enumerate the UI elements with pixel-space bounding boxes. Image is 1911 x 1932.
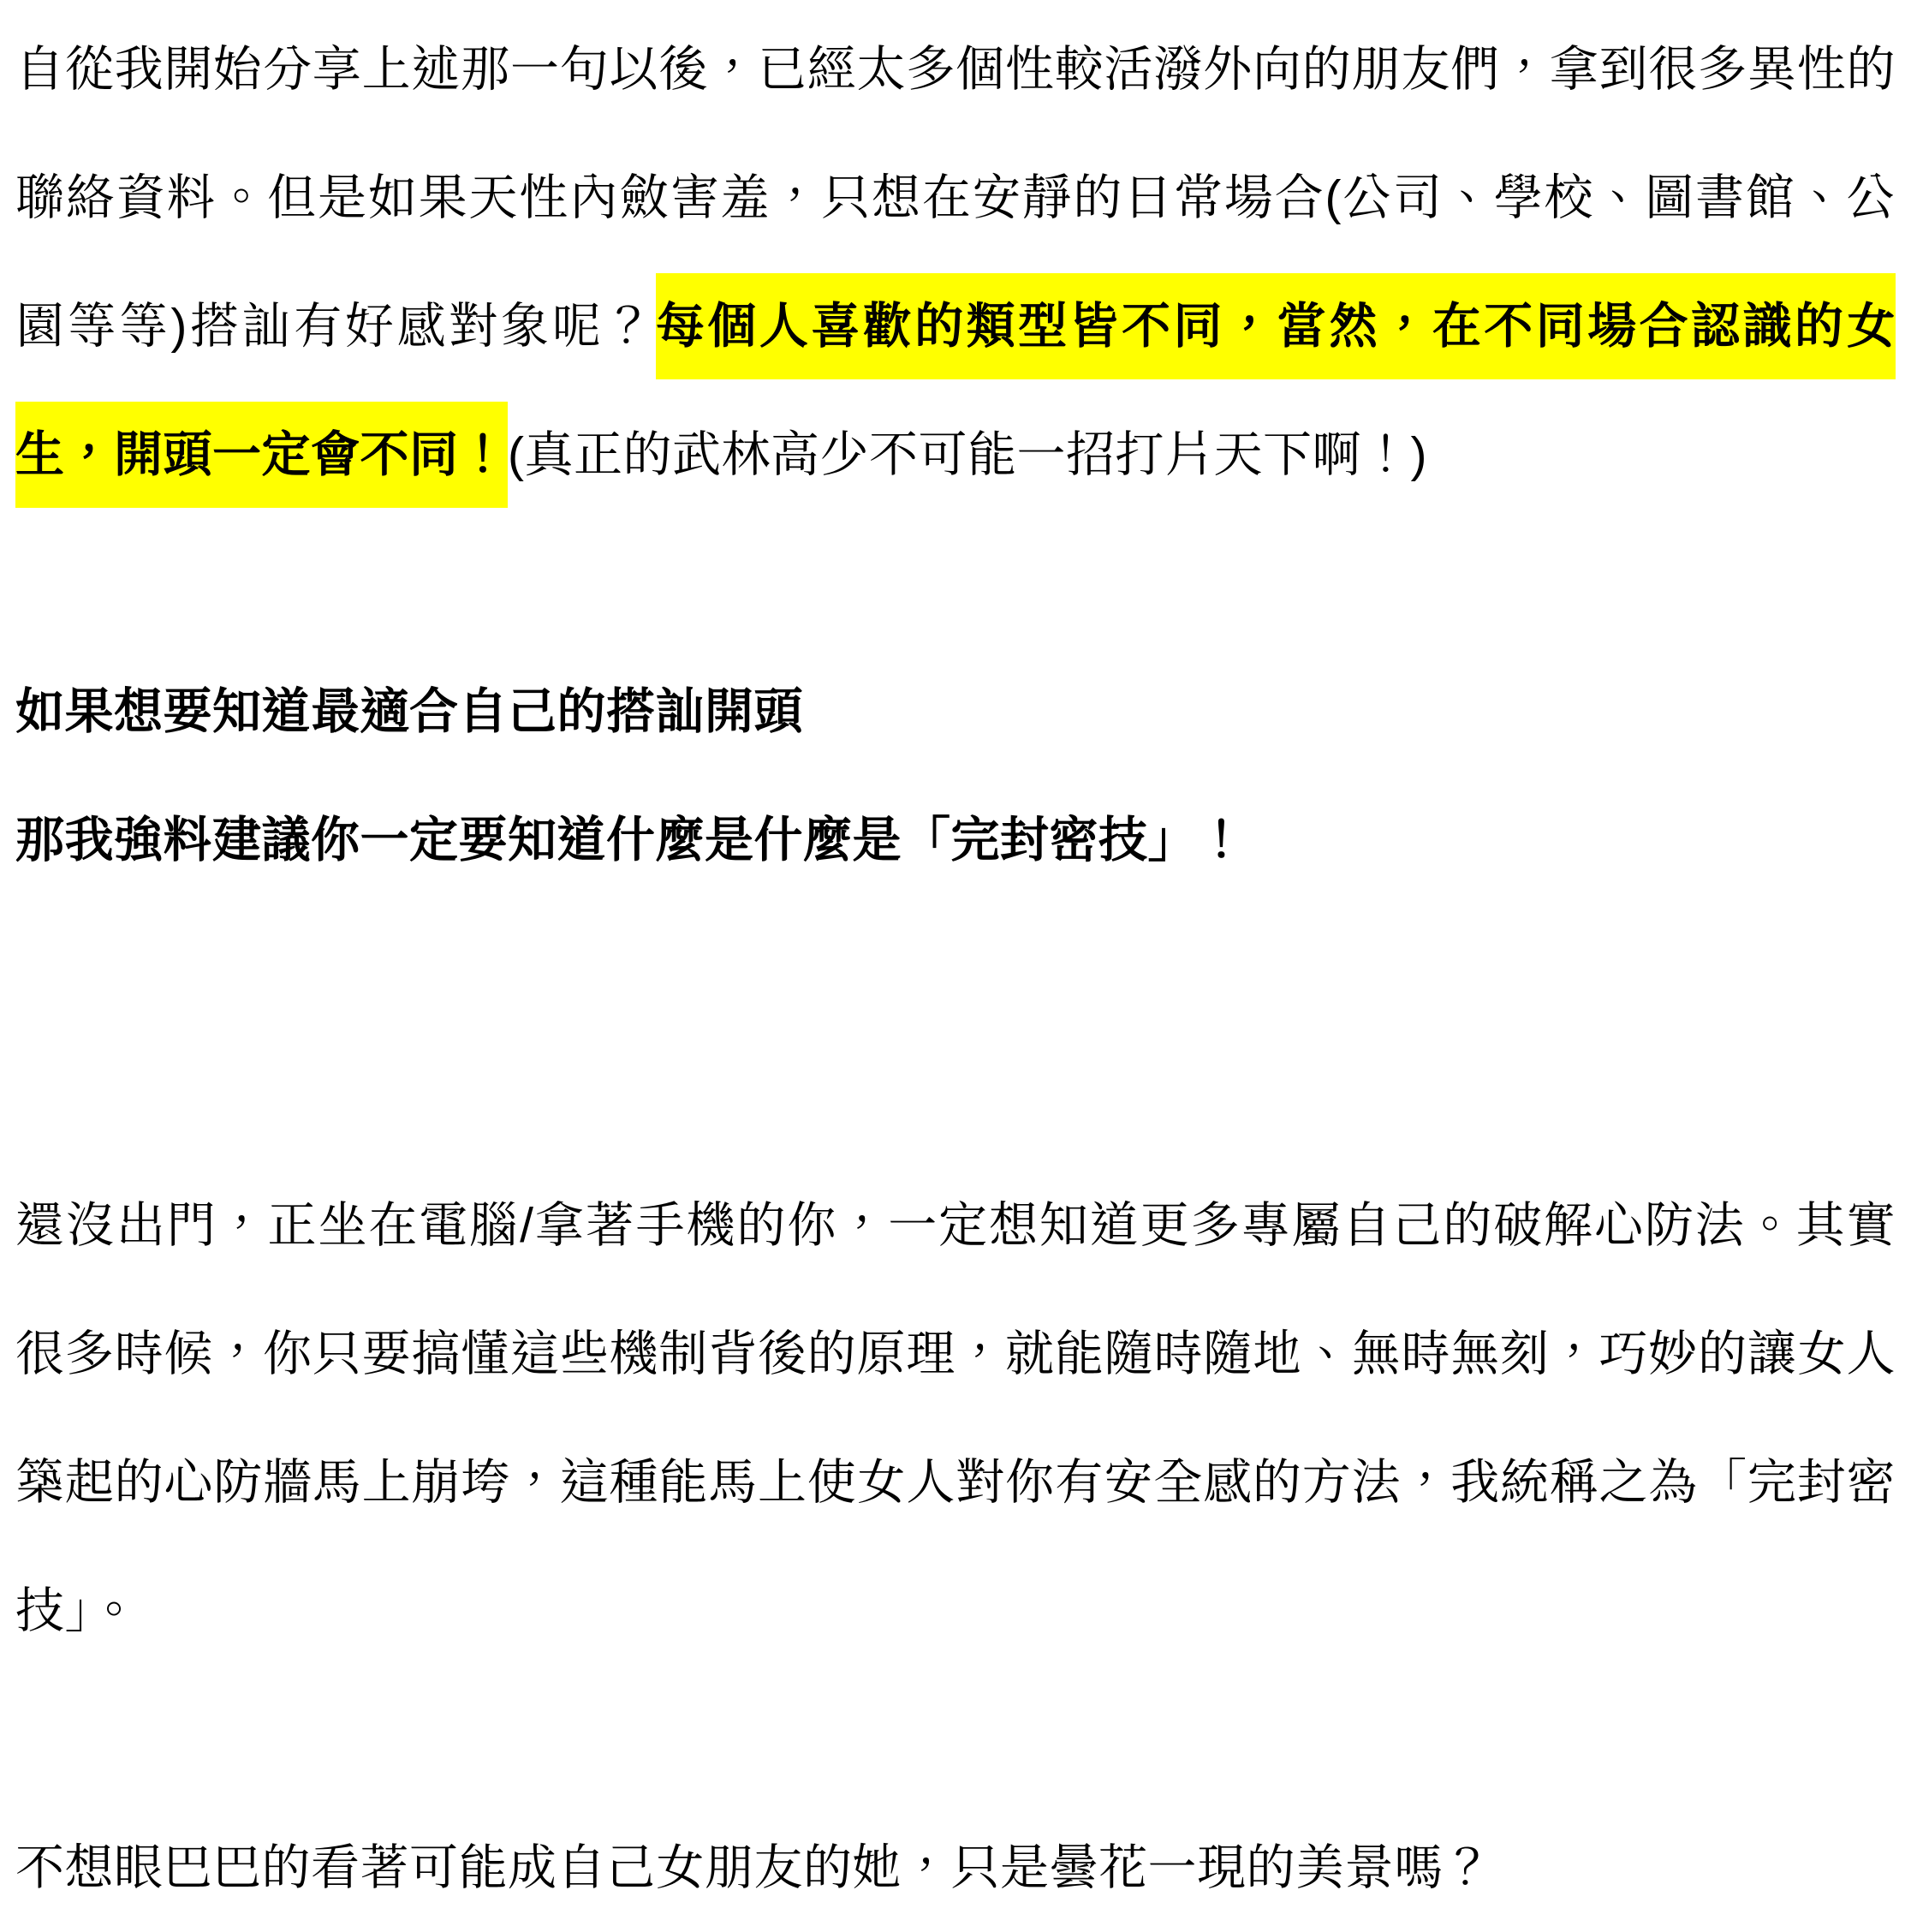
heading-line-2: 那我強料建議你一定要知道什麼是什麼是「完封密技」！: [15, 776, 1896, 904]
heading-line-1: 如果想要知道最適合自己的搭訕開頭: [15, 647, 1896, 776]
document-page: 自從我開始分享上述那一句以後，已經太多個性較活潑外向的朋友們，拿到很多異性的聯絡…: [0, 0, 1911, 1932]
intro-text-end: (真正的武林高少不可能一招打片天下啊！): [508, 427, 1427, 482]
paragraph-closing: 不想眼巴巴的看著可能成自己女朋友的她，只是曇花一現的美景嗎？: [15, 1804, 1896, 1932]
paragraph-intro: 自從我開始分享上述那一句以後，已經太多個性較活潑外向的朋友們，拿到很多異性的聯絡…: [15, 5, 1896, 519]
paragraph-body: 還沒出門，正坐在電腦/拿著手機的你，一定想知道更多專屬自己的破解心防法。其實很多…: [15, 1161, 1896, 1675]
